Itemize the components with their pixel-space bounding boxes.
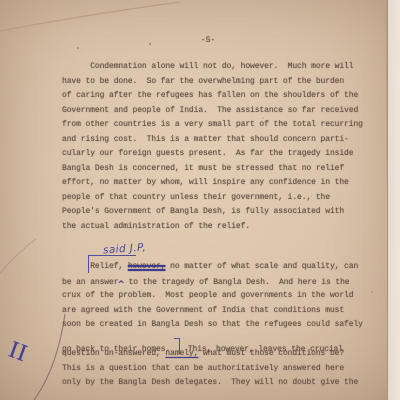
- typed-line: the actual administration of the relief.: [62, 222, 250, 232]
- paper-speck: [262, 117, 264, 119]
- typed-line: This is a question that can be authorita…: [62, 364, 344, 374]
- typed-line: soon be created in Bangla Desh so that t…: [62, 320, 363, 330]
- document-page: -5- Condemnation alone will not do, howe…: [0, 0, 400, 400]
- typed-line: only by the Bangla Desh delegates. They …: [62, 378, 358, 388]
- typed-line: Bangla Desh is concerned, it must be str…: [62, 164, 344, 174]
- typed-line: question un-answered, namely, what must …: [62, 349, 344, 359]
- typed-line: cularly our foreign guests present. As f…: [62, 149, 353, 159]
- typed-line: Condemnation alone will not do, however.…: [62, 62, 353, 72]
- typed-line: crux of the problem. Most people and gov…: [62, 291, 353, 301]
- typed-segment: be an answer: [62, 278, 118, 287]
- opening-corner-bracket-mark: [88, 255, 136, 273]
- typed-segment: question un-answered,: [62, 349, 165, 358]
- typed-line: are agreed with the Government of India …: [62, 306, 344, 316]
- typed-line: People's Government of Bangla Desh, is f…: [62, 207, 344, 217]
- typed-line: Government and people of India. The assi…: [62, 106, 358, 116]
- typed-segment: what must those conditions be?: [198, 349, 344, 358]
- typed-line: effort, no matter by whom, will inspire …: [62, 178, 349, 188]
- crease-arc-faint: [0, 239, 36, 273]
- insertion-caret-mark: ^: [117, 280, 124, 290]
- paper-speck: [371, 291, 373, 293]
- typed-line: and rising cost. This is a matter that s…: [62, 135, 349, 145]
- page-number: -5-: [62, 36, 354, 45]
- typed-segment: no matter of what scale and quality, can: [165, 262, 358, 271]
- typed-line: from other countries is a very small par…: [62, 120, 363, 130]
- typed-line: be an answer^ to the tragedy of Bangla D…: [62, 277, 350, 288]
- underlined-word: namely,: [165, 349, 198, 358]
- crease-arc: [34, 314, 65, 400]
- margin-roman-numeral-mark: II: [5, 337, 31, 369]
- typed-segment: to the tragedy of Bangla Desh. And here …: [124, 278, 350, 287]
- typed-line: of caring after the refugees has fallen …: [62, 91, 358, 101]
- top-edge-crease: [0, 2, 180, 31]
- typed-line: have to be done. So far the overwhelming…: [62, 77, 344, 87]
- typed-line: people of that country unless their gove…: [62, 193, 330, 203]
- paper-speck: [77, 47, 79, 49]
- scan-background-strip: [387, 0, 400, 400]
